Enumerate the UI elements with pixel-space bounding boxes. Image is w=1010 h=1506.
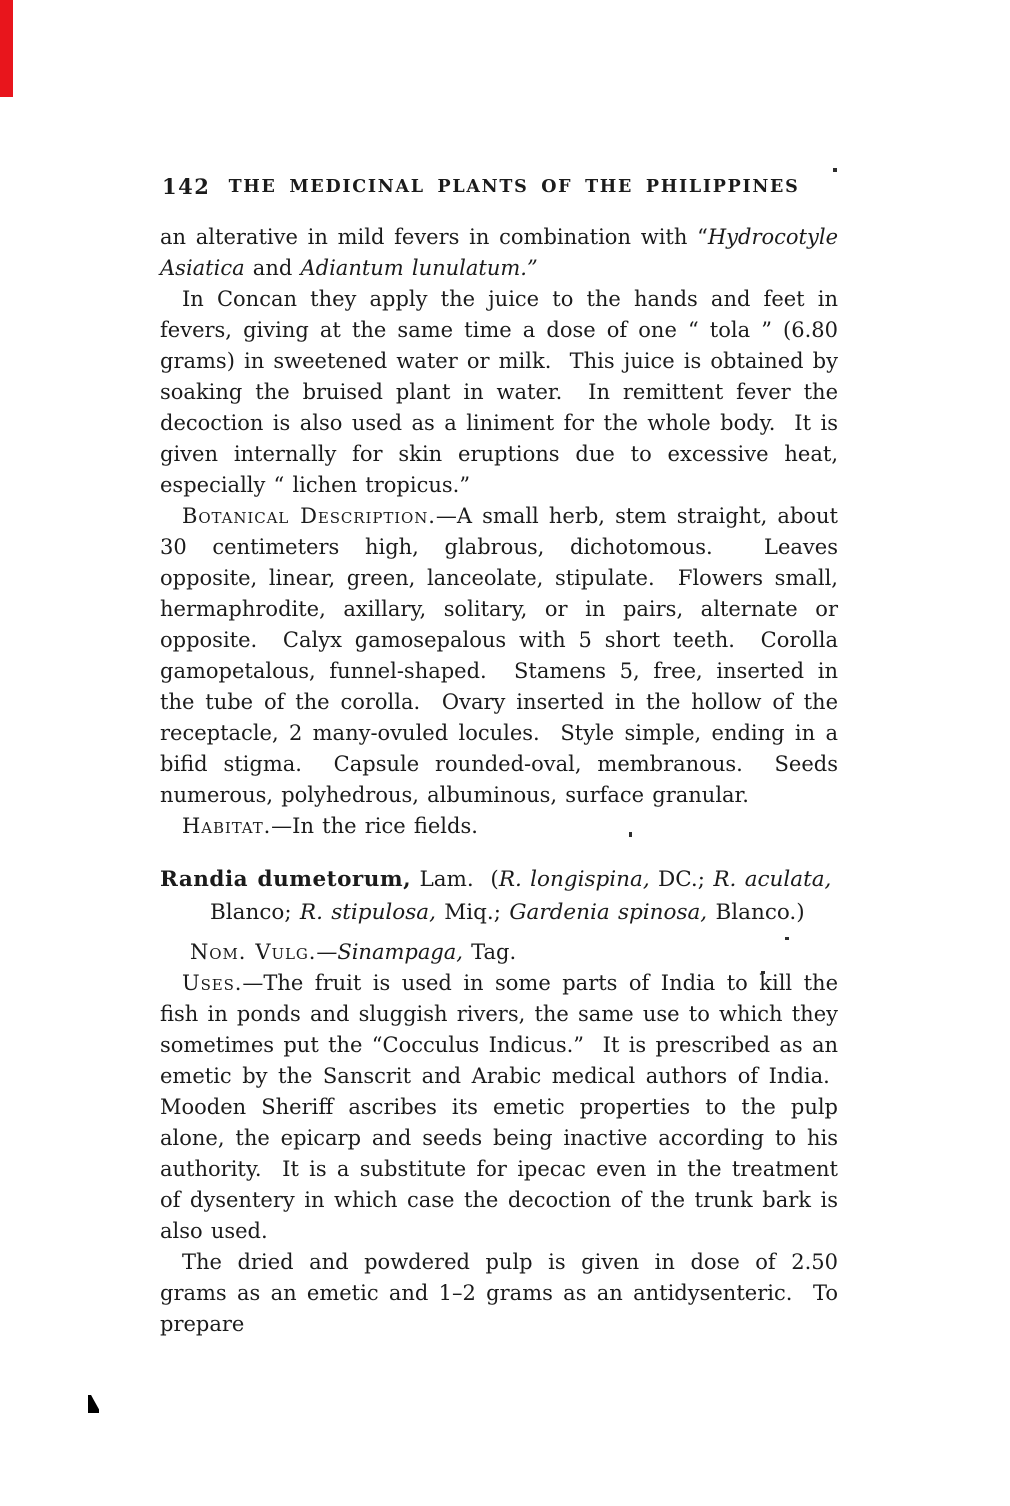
species-heading-randia-dumetorum: Randia dumetorum, Lam. (R. longispina, D… — [160, 863, 838, 929]
text-run: R. longispina, — [499, 867, 650, 892]
paragraph-alterative: an alterative in mild fevers in combinat… — [160, 222, 838, 284]
text-run: — — [316, 940, 337, 964]
scan-speck — [833, 168, 837, 172]
scan-speck — [761, 971, 765, 974]
text-run: an alterative in mild fevers in combinat… — [160, 225, 708, 249]
text-run: and — [245, 256, 301, 280]
paragraph-habitat: Habitat.—In the rice fields. — [160, 811, 838, 842]
text-run: R. aculata, — [713, 867, 831, 892]
paragraph-uses: Uses.—The fruit is used in some parts of… — [160, 968, 838, 1247]
page-header: 142 THE MEDICINAL PLANTS OF THE PHILIPPI… — [160, 174, 838, 202]
text-run: Gardenia spinosa, — [509, 900, 707, 925]
paragraph-concan: In Concan they apply the juice to the ha… — [160, 284, 838, 501]
text-run: R. stipulosa, — [300, 900, 436, 925]
scan-speck — [629, 832, 632, 837]
text-run: —In the rice fields. — [271, 814, 478, 838]
running-title: THE MEDICINAL PLANTS OF THE PHILIPPINES — [190, 177, 838, 197]
species-name: Randia dumetorum, — [160, 867, 411, 892]
text-run: The dried and powdered pulp is given in … — [160, 1250, 838, 1336]
text-run: Miq.; — [436, 900, 509, 925]
section-label: Uses. — [182, 971, 242, 995]
book-page: 142 THE MEDICINAL PLANTS OF THE PHILIPPI… — [0, 0, 1010, 1506]
text-run: —A small herb, stem straight, about 30 c… — [160, 504, 838, 807]
page-content: an alterative in mild fevers in combinat… — [160, 222, 838, 1340]
section-label: Botanical Description. — [182, 504, 436, 528]
red-scan-stripe — [0, 0, 13, 97]
text-run: —The fruit is used in some parts of Indi… — [160, 971, 838, 1243]
text-run: Blanco.) — [707, 900, 805, 925]
text-run: Tag. — [463, 940, 516, 964]
paragraph-nom-vulg: Nom. Vulg.—Sinampaga, Tag. — [160, 937, 838, 968]
text-run: Adiantum lunulatum.” — [300, 256, 537, 280]
text-run: Lam. ( — [411, 867, 499, 892]
scan-speck — [785, 937, 789, 940]
section-label: Nom. Vulg. — [190, 940, 316, 964]
text-run: Blanco; — [210, 900, 300, 925]
text-run: In Concan they apply the juice to the ha… — [160, 287, 838, 497]
text-run: Sinampaga, — [337, 940, 463, 964]
paragraph-botanical-description: Botanical Description.—A small herb, ste… — [160, 501, 838, 811]
section-label: Habitat. — [182, 814, 271, 838]
paragraph-dried-pulp: The dried and powdered pulp is given in … — [160, 1247, 838, 1340]
ink-blot-mark — [88, 1395, 99, 1413]
text-run: DC.; — [650, 867, 714, 892]
